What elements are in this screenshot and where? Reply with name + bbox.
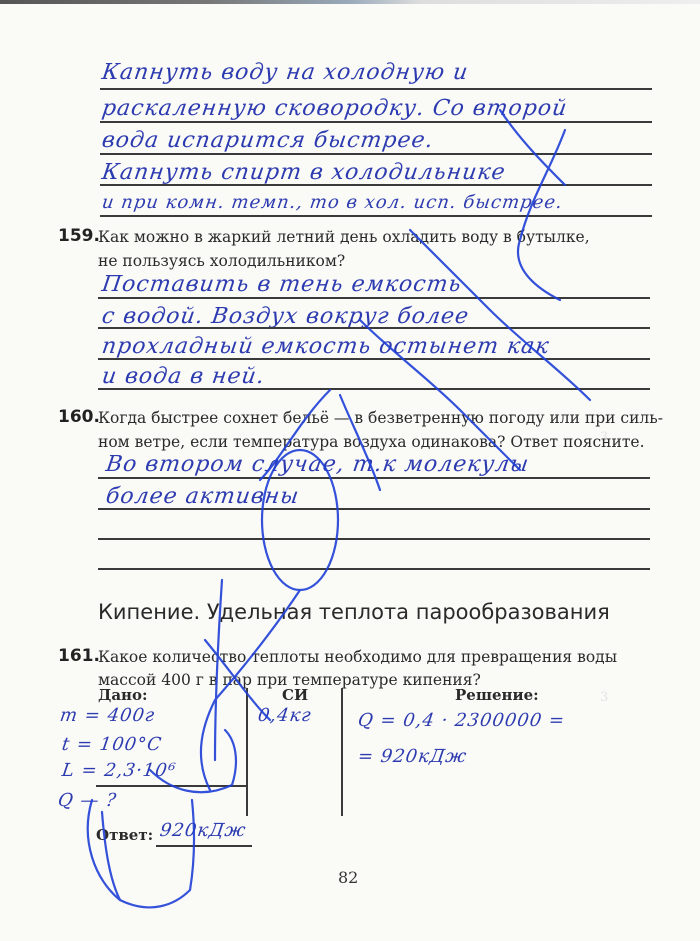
handwritten-line: Капнуть спирт в холодильнике — [100, 160, 507, 185]
table-divider-solution — [341, 688, 343, 816]
answer-rule — [98, 477, 650, 479]
handwritten-answer-line: Поставить в тень емкость — [100, 272, 463, 297]
answer-value: 920кДж — [159, 820, 248, 841]
answer-rule — [98, 538, 650, 540]
answer-rule — [98, 388, 650, 390]
given-underline — [96, 785, 247, 787]
given-value: t = 100°C — [61, 734, 164, 755]
task-question: Какое количество теплоты необходимо для … — [98, 645, 617, 669]
handwritten-answer-line: более активны — [104, 484, 301, 509]
answer-rule — [100, 215, 652, 217]
answer-rule — [98, 358, 650, 360]
handwritten-line: и при комн. темп., то в хол. исп. быстре… — [101, 192, 565, 213]
handwritten-answer-line: Во втором случае, т.к молекулы — [104, 452, 531, 477]
given-value: L = 2,3·10⁶ — [61, 760, 178, 781]
si-label: СИ — [282, 686, 308, 704]
solution-label: Решение: — [455, 686, 539, 704]
bleed-through-text: 3 — [600, 690, 608, 705]
table-divider-si — [246, 688, 248, 816]
task-number: 159. — [58, 226, 100, 246]
answer-label: Ответ: — [96, 826, 153, 844]
answer-rule — [100, 184, 652, 186]
handwritten-line: Капнуть воду на холодную и — [100, 60, 470, 85]
scan-top-edge — [0, 0, 700, 4]
solution-line: = 920кДж — [357, 746, 469, 767]
task-question: ном ветре, если температура воздуха один… — [98, 430, 645, 454]
handwritten-answer-line: и вода в ней. — [100, 364, 266, 389]
task-number: 160. — [58, 407, 100, 427]
si-value: 0,4кг — [257, 705, 313, 726]
answer-rule — [98, 327, 650, 329]
handwritten-line: раскаленную сковородку. Со второй — [100, 96, 569, 121]
answer-rule — [98, 297, 650, 299]
answer-rule — [100, 153, 652, 155]
answer-rule — [98, 508, 650, 510]
task-question: Как можно в жаркий летний день охладить … — [98, 225, 590, 249]
handwritten-answer-line: с водой. Воздух вокруг более — [100, 304, 471, 329]
answer-underline — [156, 845, 252, 847]
given-value: Q — ? — [57, 790, 119, 811]
task-question: Когда быстрее сохнет бельё — в безветрен… — [98, 406, 663, 430]
answer-rule — [100, 88, 652, 90]
task-question: не пользуясь холодильником? — [98, 249, 345, 273]
solution-line: Q = 0,4 · 2300000 = — [357, 710, 567, 731]
task-number: 161. — [58, 646, 100, 666]
answer-rule — [100, 121, 652, 123]
page-number: 82 — [338, 868, 358, 887]
handwritten-answer-line: прохладный емкость остынет как — [100, 334, 551, 359]
answer-rule — [98, 568, 650, 570]
handwritten-line: вода испарится быстрее. — [100, 128, 435, 153]
given-value: m = 400г — [59, 705, 157, 726]
given-label: Дано: — [98, 686, 148, 704]
section-title: Кипение. Удельная теплота парообразовани… — [98, 600, 610, 624]
